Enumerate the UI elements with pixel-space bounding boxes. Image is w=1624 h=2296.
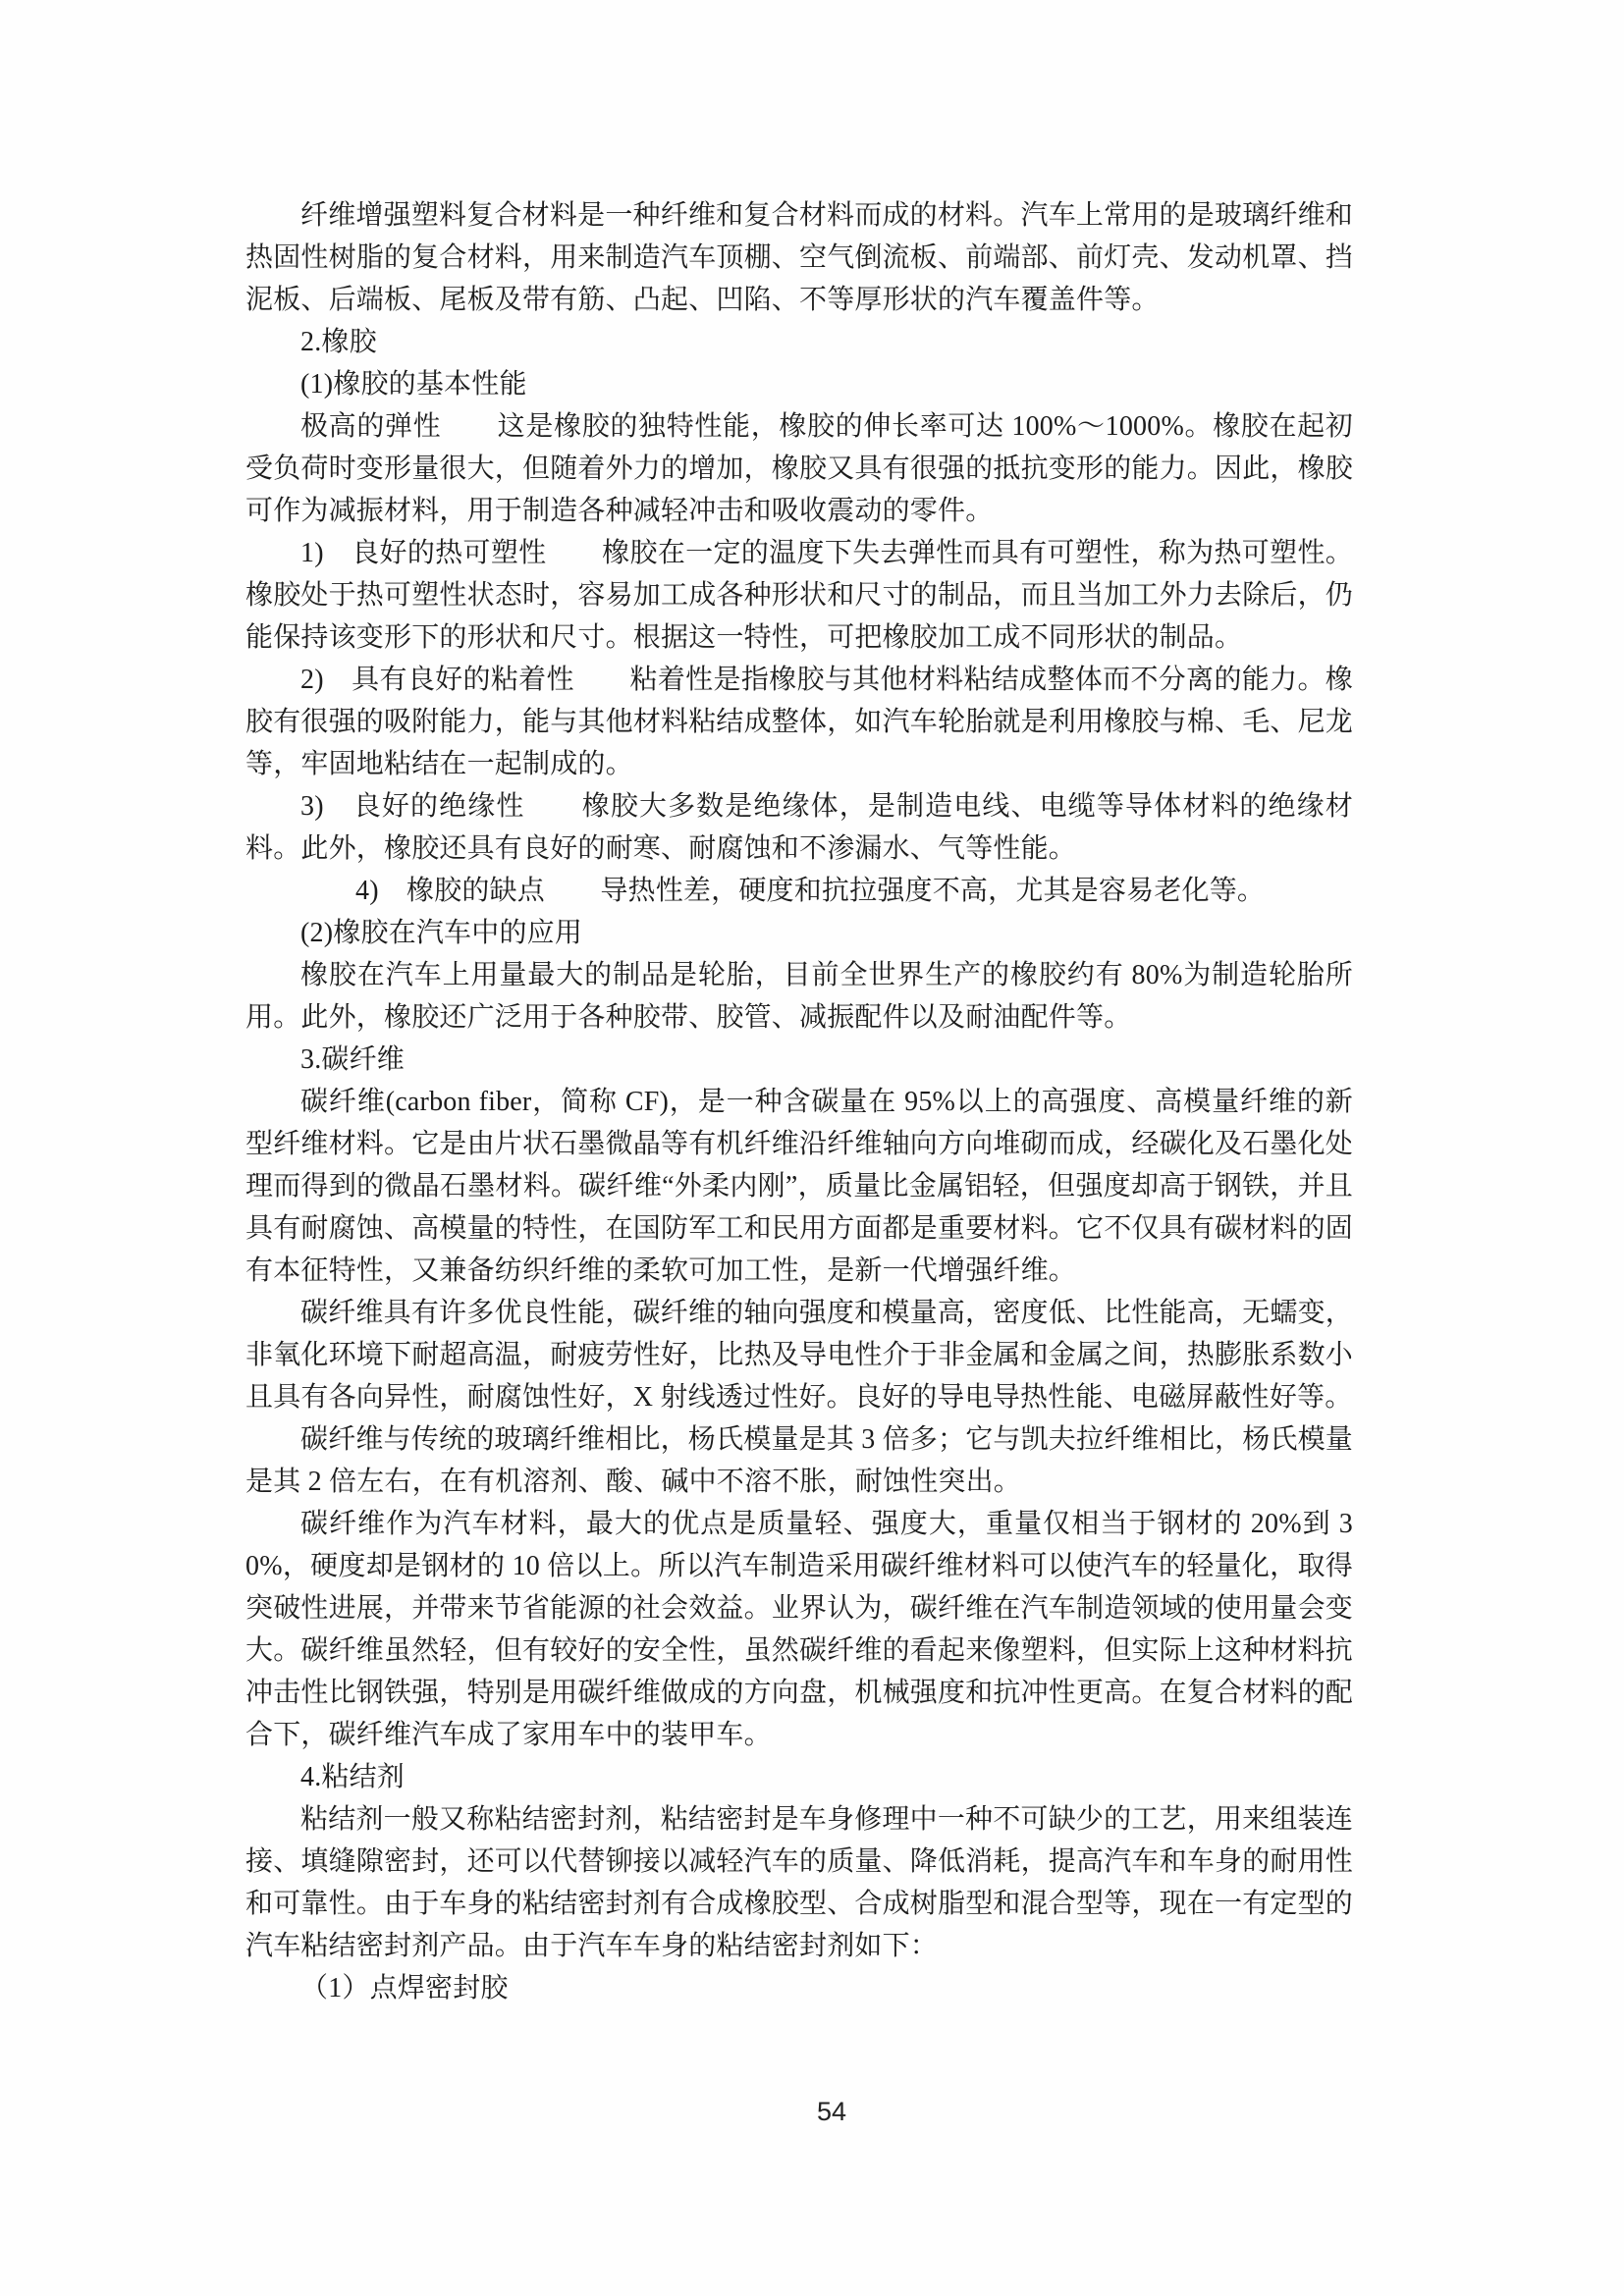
text-column: 纤维增强塑料复合材料是一种纤维和复合材料而成的材料。汽车上常用的是玻璃纤维和热固… — [245, 194, 1353, 2009]
paragraph-thermoplasticity: 1) 良好的热可塑性 橡胶在一定的温度下失去弹性而具有可塑性，称为热可塑性。橡胶… — [245, 532, 1353, 659]
paragraph-elasticity: 极高的弹性 这是橡胶的独特性能，橡胶的伸长率可达 100%～1000%。橡胶在起… — [245, 405, 1353, 532]
paragraph-carbon-fiber-modulus: 碳纤维与传统的玻璃纤维相比，杨氏模量是其 3 倍多；它与凯夫拉纤维相比，杨氏模量… — [245, 1418, 1353, 1503]
paragraph-carbon-fiber-intro: 碳纤维(carbon fiber，简称 CF)，是一种含碳量在 95%以上的高强… — [245, 1081, 1353, 1292]
paragraph-adhesive-intro: 粘结剂一般又称粘结密封剂，粘结密封是车身修理中一种不可缺少的工艺，用来组装连接、… — [245, 1798, 1353, 1967]
subheading-rubber-applications: (2)橡胶在汽车中的应用 — [245, 912, 1353, 954]
document-page: 纤维增强塑料复合材料是一种纤维和复合材料而成的材料。汽车上常用的是玻璃纤维和热固… — [0, 0, 1624, 2296]
paragraph-carbon-fiber-automotive: 碳纤维作为汽车材料，最大的优点是质量轻、强度大，重量仅相当于钢材的 20%到 3… — [245, 1503, 1353, 1756]
subheading-spot-weld-sealant: （1）点焊密封胶 — [245, 1967, 1353, 2009]
paragraph-carbon-fiber-properties: 碳纤维具有许多优良性能，碳纤维的轴向强度和模量高，密度低、比性能高，无蠕变，非氧… — [245, 1292, 1353, 1418]
heading-carbon-fiber: 3.碳纤维 — [245, 1039, 1353, 1081]
paragraph-rubber-in-cars: 橡胶在汽车上用量最大的制品是轮胎，目前全世界生产的橡胶约有 80%为制造轮胎所用… — [245, 954, 1353, 1039]
heading-rubber: 2.橡胶 — [245, 321, 1353, 363]
page-number: 54 — [20, 2097, 1624, 2127]
paragraph-adhesiveness: 2) 具有良好的粘着性 粘着性是指橡胶与其他材料粘结成整体而不分离的能力。橡胶有… — [245, 659, 1353, 785]
heading-adhesive: 4.粘结剂 — [245, 1756, 1353, 1798]
subheading-rubber-properties: (1)橡胶的基本性能 — [245, 363, 1353, 405]
paragraph-insulation: 3) 良好的绝缘性 橡胶大多数是绝缘体，是制造电线、电缆等导体材料的绝缘材料。此… — [245, 785, 1353, 870]
intro-frp-paragraph: 纤维增强塑料复合材料是一种纤维和复合材料而成的材料。汽车上常用的是玻璃纤维和热固… — [245, 194, 1353, 321]
paragraph-rubber-drawbacks: 4) 橡胶的缺点 导热性差，硬度和抗拉强度不高，尤其是容易老化等。 — [245, 870, 1353, 912]
